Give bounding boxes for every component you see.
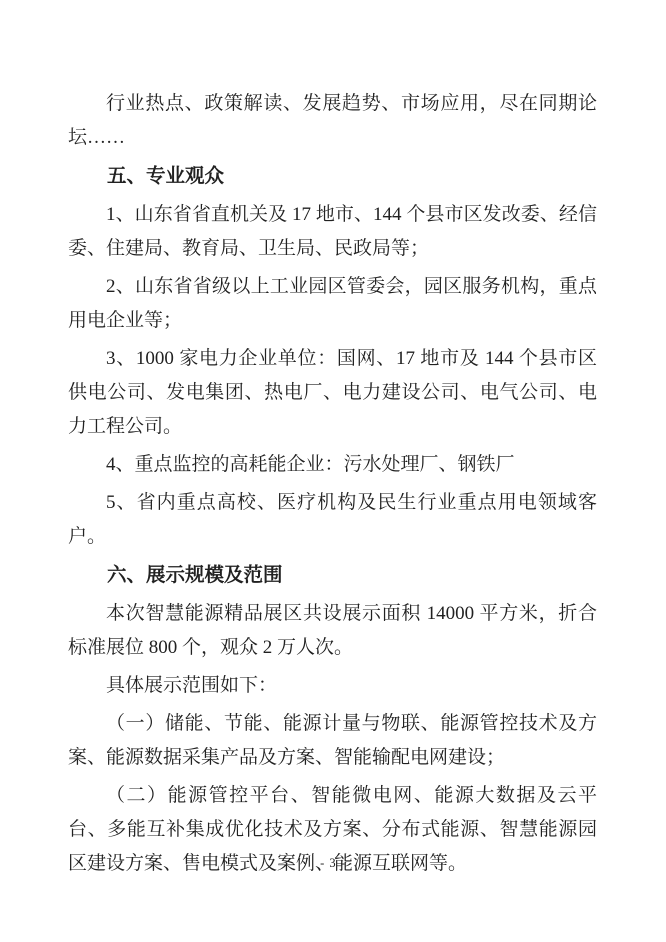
page-number: - 3 - [0,856,666,871]
paragraph-exhibition-scale: 本次智慧能源精品展区共设展示面积 14000 平方米，折合标准展位 800 个，… [68,597,597,665]
paragraph-audience-item-1: 1、山东省省直机关及 17 地市、144 个县市区发改委、经信委、住建局、教育局… [68,198,597,266]
paragraph-audience-item-5: 5、省内重点高校、医疗机构及民生行业重点用电领域客户。 [68,486,597,554]
paragraph-scope-intro: 具体展示范围如下： [68,669,597,703]
section-heading-audience: 五、专业观众 [68,159,597,193]
section-heading-scale: 六、展示规模及范围 [68,558,597,592]
paragraph-forum-topics: 行业热点、政策解读、发展趋势、市场应用，尽在同期论坛…… [68,87,597,155]
paragraph-audience-item-4: 4、重点监控的高耗能企业：污水处理厂、钢铁厂 [68,448,597,482]
paragraph-audience-item-2: 2、山东省省级以上工业园区管委会，园区服务机构，重点用电企业等； [68,270,597,338]
paragraph-scope-item-1: （一）储能、节能、能源计量与物联、能源管控技术及方案、能源数据采集产品及方案、智… [68,707,597,775]
document-page: 行业热点、政策解读、发展趋势、市场应用，尽在同期论坛…… 五、专业观众 1、山东… [0,0,666,942]
paragraph-audience-item-3: 3、1000 家电力企业单位：国网、17 地市及 144 个县市区供电公司、发电… [68,342,597,444]
